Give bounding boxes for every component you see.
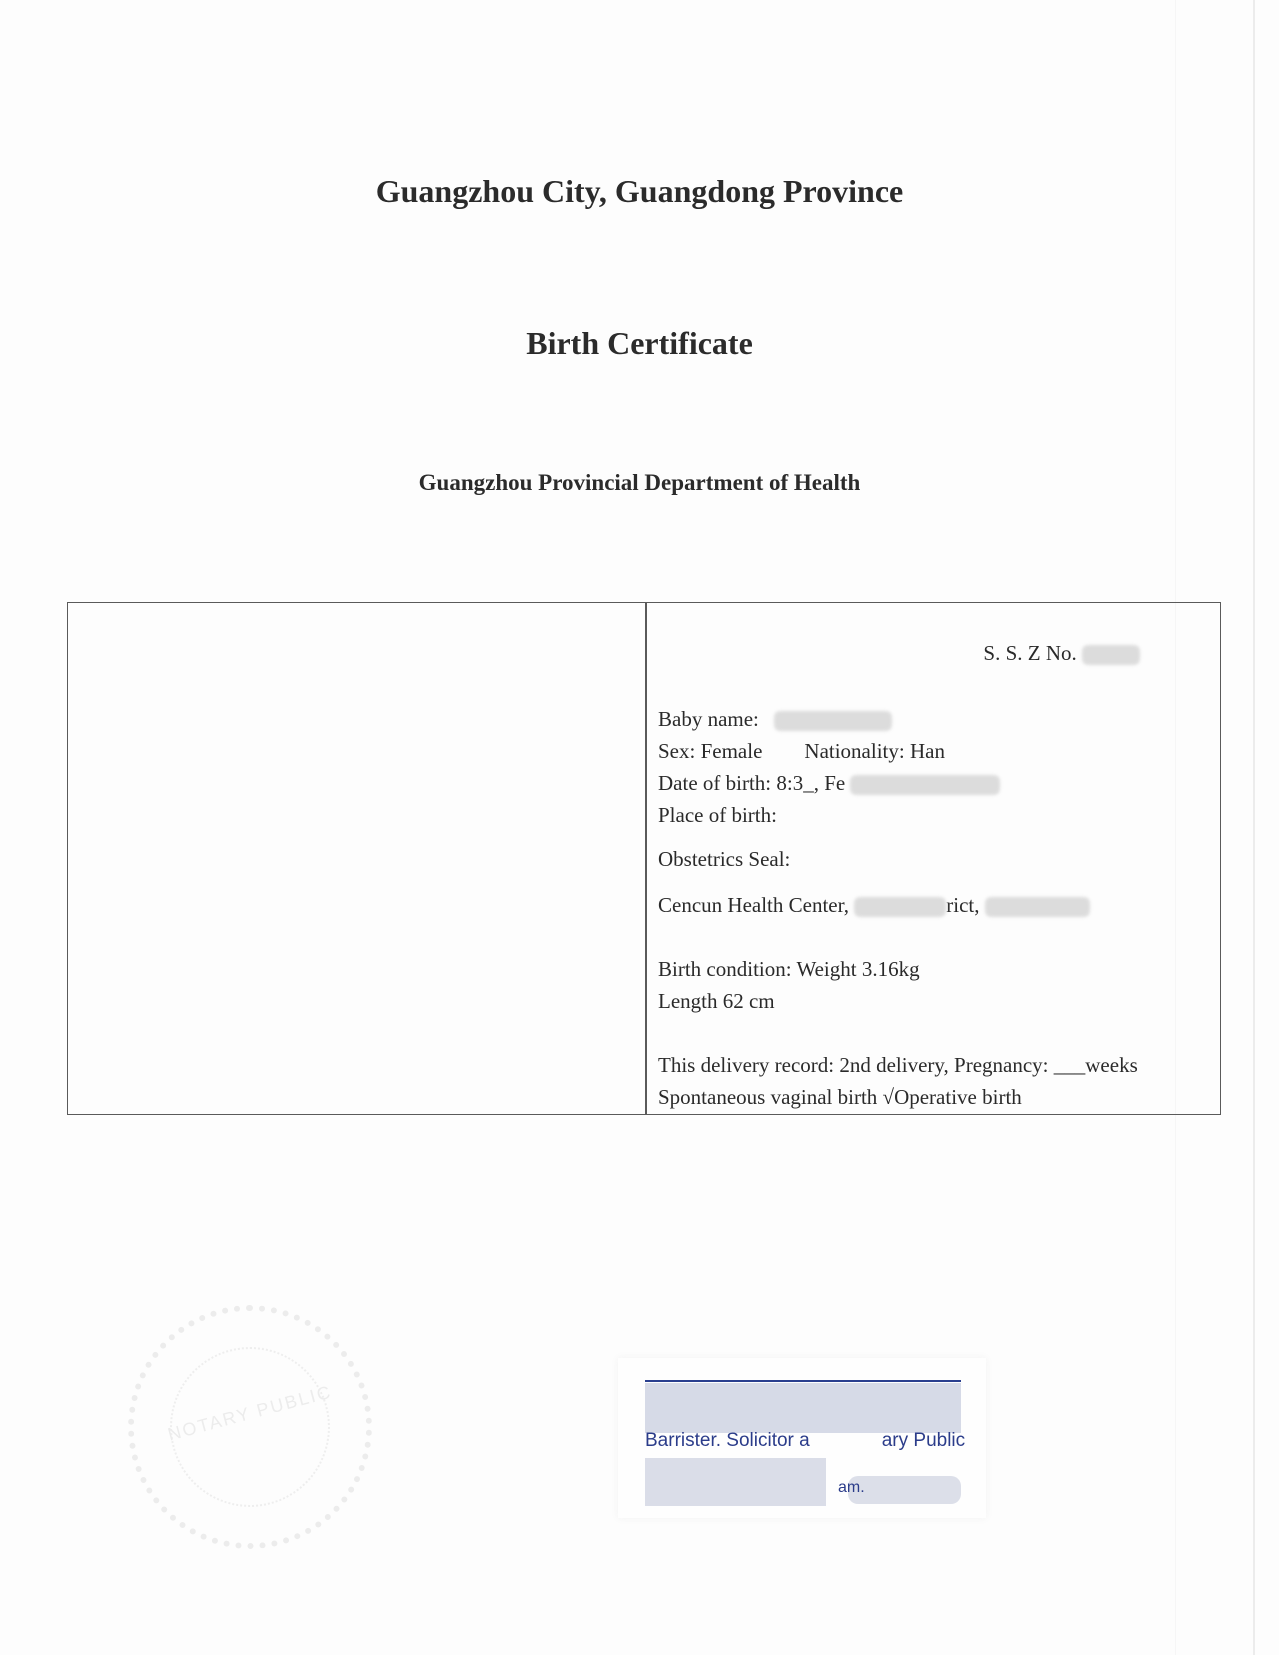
serial-number: S. S. Z No. bbox=[983, 641, 1140, 666]
delivery-record: This delivery record: 2nd delivery, Preg… bbox=[658, 1053, 1138, 1077]
place-of-birth-label: Place of birth: bbox=[658, 803, 777, 827]
redacted-notary-name bbox=[645, 1383, 961, 1433]
baby-name-label: Baby name: bbox=[658, 707, 759, 731]
notary-title-end: ary Public bbox=[882, 1430, 965, 1451]
certificate-table: S. S. Z No. Baby name: Sex: FemaleNation… bbox=[67, 602, 1221, 1115]
embossed-notary-seal: NOTARY PUBLIC bbox=[128, 1305, 372, 1549]
obstetrics-seal-label: Obstetrics Seal: bbox=[658, 847, 790, 871]
health-center-row: Cencun Health Center, rict, bbox=[658, 893, 1090, 917]
redacted-baby-name bbox=[774, 711, 892, 731]
date-of-birth: Date of birth: 8:3_, Fe bbox=[658, 771, 845, 795]
notary-title-start: Barrister. Solicitor a bbox=[645, 1430, 810, 1451]
issuing-city-heading: Guangzhou City, Guangdong Province bbox=[0, 173, 1279, 210]
table-divider bbox=[645, 603, 647, 1114]
certificate-details: S. S. Z No. Baby name: Sex: FemaleNation… bbox=[658, 603, 1220, 1114]
sex-nationality-row: Sex: FemaleNationality: Han bbox=[658, 739, 945, 763]
document-title: Birth Certificate bbox=[0, 325, 1279, 362]
redacted-district bbox=[854, 897, 946, 917]
baby-name-row: Baby name: bbox=[658, 707, 892, 731]
serial-label: S. S. Z No. bbox=[983, 641, 1076, 665]
birth-length: Length 62 cm bbox=[658, 989, 775, 1013]
notary-fragment: am. bbox=[838, 1479, 865, 1497]
redacted-notary-address bbox=[645, 1458, 826, 1506]
redacted-city bbox=[985, 897, 1090, 917]
issuing-department: Guangzhou Provincial Department of Healt… bbox=[0, 470, 1279, 496]
redacted-notary-contact bbox=[848, 1476, 961, 1504]
redacted-serial bbox=[1082, 645, 1140, 665]
stamp-rule bbox=[645, 1380, 961, 1382]
redacted-date bbox=[850, 775, 1000, 795]
notary-stamp: Barrister. Solicitor aary Public am. bbox=[618, 1358, 986, 1518]
delivery-type: Spontaneous vaginal birth √Operative bir… bbox=[658, 1085, 1022, 1109]
sex-value: Sex: Female bbox=[658, 739, 762, 763]
page-edge bbox=[1253, 0, 1255, 1655]
health-center-name: Cencun Health Center, bbox=[658, 893, 849, 917]
birth-condition: Birth condition: Weight 3.16kg bbox=[658, 957, 920, 981]
date-of-birth-row: Date of birth: 8:3_, Fe bbox=[658, 771, 1000, 795]
notary-title: Barrister. Solicitor aary Public bbox=[645, 1430, 965, 1452]
nationality-value: Nationality: Han bbox=[804, 739, 945, 763]
district-fragment: rict, bbox=[946, 893, 979, 917]
